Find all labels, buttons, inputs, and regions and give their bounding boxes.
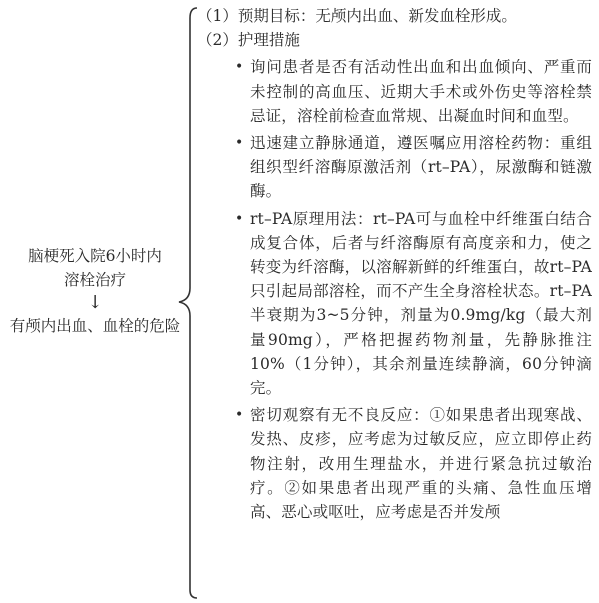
condition-panel: 脑梗死入院6小时内 溶栓治疗 ↓ 有颅内出血、血栓的危险 bbox=[0, 244, 190, 338]
measures-list: • 询问患者是否有活动性出血和出血倾向、严重而未控制的高血压、近期大手术或外伤史… bbox=[197, 55, 599, 524]
nursing-plan: （1）预期目标：无颅内出血、新发血栓形成。 （2）护理措施 • 询问患者是否有活… bbox=[197, 4, 599, 524]
bullet-icon: • bbox=[235, 207, 243, 231]
bullet-icon: • bbox=[235, 55, 243, 79]
list-item: • 密切观察有无不良反应：①如果患者出现寒战、发热、皮疹，应考虑为过敏反应，应立… bbox=[197, 403, 599, 524]
list-item: • 询问患者是否有活动性出血和出血倾向、严重而未控制的高血压、近期大手术或外伤史… bbox=[197, 55, 599, 128]
bullet-icon: • bbox=[235, 403, 243, 427]
risk-statement: 有颅内出血、血栓的危险 bbox=[0, 314, 190, 338]
measure-text: 询问患者是否有活动性出血和出血倾向、严重而未控制的高血压、近期大手术或外伤史等溶… bbox=[250, 55, 592, 128]
measure-text: 迅速建立静脉通道，遵医嘱应用溶栓药物：重组组织型纤溶酶原激活剂（rt–PA），尿… bbox=[250, 131, 592, 204]
condition-title-line2: 溶栓治疗 bbox=[0, 268, 190, 292]
down-arrow-icon: ↓ bbox=[0, 292, 190, 314]
measure-text: 密切观察有无不良反应：①如果患者出现寒战、发热、皮疹，应考虑为过敏反应，应立即停… bbox=[250, 403, 592, 524]
curly-brace-icon bbox=[170, 0, 200, 603]
bullet-icon: • bbox=[235, 131, 243, 155]
list-item: • rt–PA原理用法：rt–PA可与血栓中纤维蛋白结合成复合体，后者与纤溶酶原… bbox=[197, 207, 599, 401]
measure-text: rt–PA原理用法：rt–PA可与血栓中纤维蛋白结合成复合体，后者与纤溶酶原有高… bbox=[250, 207, 592, 401]
expected-goal: （1）预期目标：无颅内出血、新发血栓形成。 bbox=[197, 4, 599, 28]
list-item: • 迅速建立静脉通道，遵医嘱应用溶栓药物：重组组织型纤溶酶原激活剂（rt–PA）… bbox=[197, 131, 599, 204]
measures-heading: （2）护理措施 bbox=[197, 28, 599, 52]
condition-title-line1: 脑梗死入院6小时内 bbox=[0, 244, 190, 268]
